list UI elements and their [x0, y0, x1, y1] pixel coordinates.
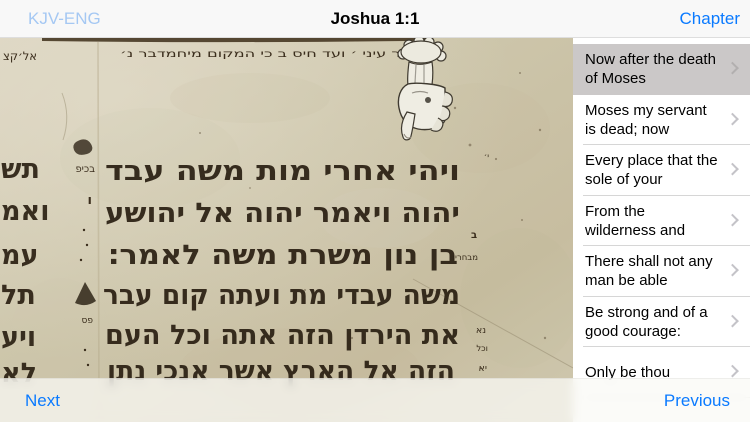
- chevron-right-icon: [726, 112, 739, 125]
- chevron-right-icon: [726, 163, 739, 176]
- svg-text:ויהי אחרי מות משה עבד: ויהי אחרי מות משה עבד: [105, 156, 460, 187]
- chevron-right-icon: [726, 264, 739, 277]
- manuscript-artwork: עבר עיני ׳ ועד חיס ב כי המקום מיחמדבר נ׳…: [0, 38, 573, 422]
- app-screen: KJV-ENG Joshua 1:1 Chapter: [0, 0, 750, 422]
- verse-snippet: Be strong and of a good courage:: [585, 303, 720, 341]
- previous-button[interactable]: Previous: [664, 391, 730, 411]
- verse-list-item-1[interactable]: Now after the death of Moses: [573, 44, 750, 95]
- svg-text:יא: יא: [479, 363, 487, 374]
- chapter-button[interactable]: Chapter: [680, 9, 740, 29]
- svg-text:וכל: וכל: [476, 344, 488, 354]
- verse-snippet: From the wilderness and: [585, 202, 720, 240]
- svg-text:ואמ: ואמ: [1, 196, 49, 227]
- next-button[interactable]: Next: [25, 391, 60, 411]
- verse-list: Now after the death of Moses Moses my se…: [573, 38, 750, 422]
- top-gloss-text: עבר עיני ׳ ועד חיס ב כי המקום מיחמדבר נ׳: [120, 49, 420, 60]
- page-title: Joshua 1:1: [331, 9, 420, 29]
- svg-text:את הירדן הזה אתה וכל העם: את הירדן הזה אתה וכל העם: [105, 320, 460, 351]
- verse-list-item-4[interactable]: From the wilderness and: [573, 196, 750, 247]
- svg-text:ב: ב: [471, 230, 477, 241]
- svg-text:עמ: עמ: [1, 240, 39, 271]
- verse-snippet: There shall not any man be able: [585, 252, 720, 290]
- svg-text:ויע: ויע: [1, 322, 36, 353]
- verse-list-item-3[interactable]: Every place that the sole of your: [573, 145, 750, 196]
- svg-text:בן נון משרת משה לאמר׃: בן נון משרת משה לאמר׃: [108, 240, 458, 271]
- svg-text:בכיפ: בכיפ: [75, 164, 95, 175]
- verse-list-item-5[interactable]: There shall not any man be able: [573, 246, 750, 297]
- verse-list-item-6[interactable]: Be strong and of a good courage:: [573, 297, 750, 348]
- manuscript-image[interactable]: עבר עיני ׳ ועד חיס ב כי המקום מיחמדבר נ׳…: [0, 38, 573, 422]
- chevron-right-icon: [726, 62, 739, 75]
- svg-text:י׳: י׳: [484, 152, 489, 161]
- chevron-right-icon: [726, 314, 739, 327]
- svg-text:פס: פס: [82, 316, 94, 326]
- verse-snippet: Now after the death of Moses: [585, 50, 720, 88]
- svg-text:תל: תל: [1, 280, 36, 311]
- verse-list-item-2[interactable]: Moses my servant is dead; now: [573, 95, 750, 146]
- verse-snippet: Moses my servant is dead; now: [585, 101, 720, 139]
- column-crease: [98, 42, 99, 418]
- verse-snippet: Every place that the sole of your: [585, 151, 720, 189]
- svg-text:יהוה ויאמר יהוה אל יהושע: יהוה ויאמר יהוה אל יהושע: [105, 198, 460, 229]
- chevron-right-icon: [726, 365, 739, 378]
- svg-text:נא: נא: [476, 325, 486, 336]
- svg-text:תש: תש: [1, 154, 40, 185]
- svg-text:משה עבדי מת ועתה קום עבר: משה עבדי מת ועתה קום עבר: [103, 280, 460, 311]
- svg-text:ו: ו: [88, 193, 92, 208]
- chevron-right-icon: [726, 213, 739, 226]
- corner-gloss-text: אל׳קצ: [3, 49, 37, 63]
- translation-button[interactable]: KJV-ENG: [28, 9, 101, 29]
- bottom-toolbar: Next Previous: [0, 378, 750, 422]
- nav-bar: KJV-ENG Joshua 1:1 Chapter: [0, 0, 750, 38]
